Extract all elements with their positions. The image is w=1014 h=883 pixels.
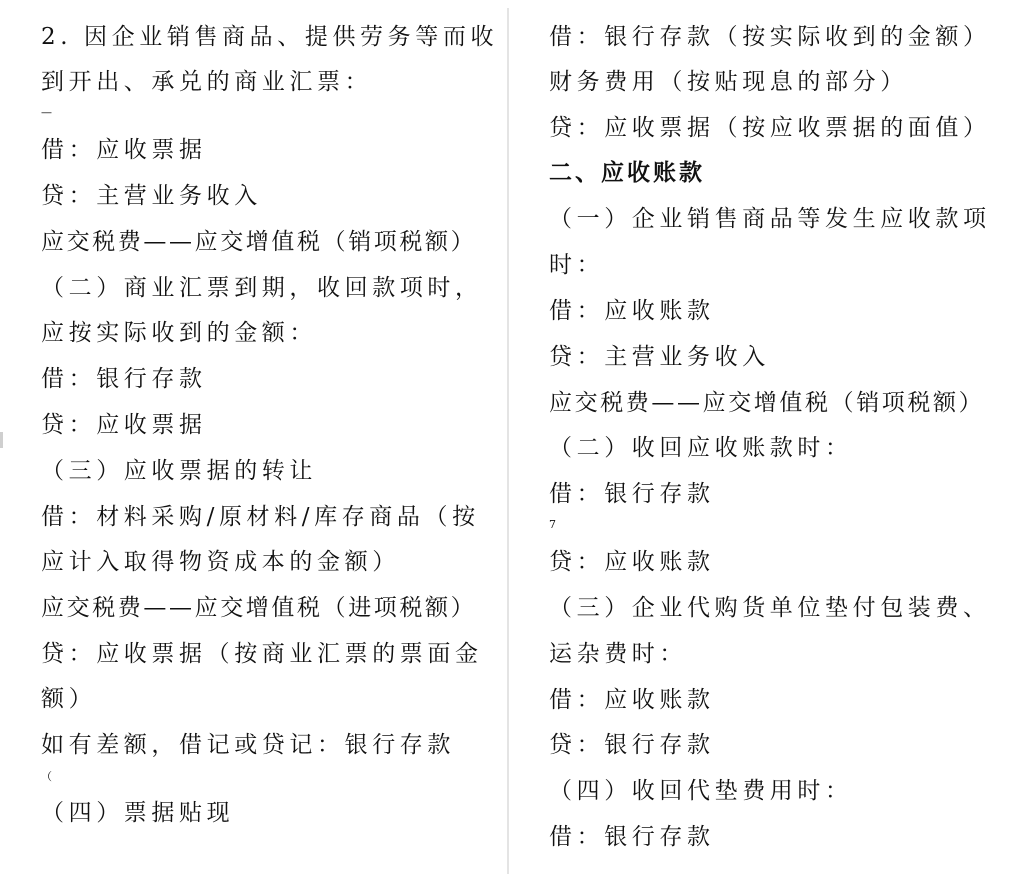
column-divider bbox=[507, 8, 509, 874]
text-line: 额） bbox=[41, 684, 96, 714]
debit-line: 借：银行存款（按实际收到的金额） bbox=[549, 22, 991, 52]
subsection-heading: （三）应收票据的转让 bbox=[41, 456, 317, 486]
debit-line: 借：应收账款 bbox=[549, 685, 715, 715]
text-line: 财务费用（按贴现息的部分） bbox=[549, 67, 908, 97]
text-line: 应交税费——应交增值税（进项税额） bbox=[41, 593, 476, 623]
debit-line: 借：银行存款 bbox=[41, 364, 207, 394]
subsection-heading: （二）商业汇票到期，收回款项时， bbox=[41, 273, 483, 303]
text-line: 如有差额，借记或贷记：银行存款 bbox=[41, 730, 455, 760]
credit-line: 贷：主营业务收入 bbox=[41, 181, 262, 211]
section-heading-accounts-receivable: 二、应收账款 bbox=[549, 158, 705, 188]
credit-line: 贷：应收账款 bbox=[549, 547, 715, 577]
text-line: 应计入取得物资成本的金额） bbox=[41, 547, 400, 577]
stray-mark: — bbox=[41, 106, 52, 120]
text-line: 应按实际收到的金额： bbox=[41, 318, 317, 348]
credit-line: 贷：主营业务收入 bbox=[549, 342, 770, 372]
credit-line: 贷：应收票据（按应收票据的面值） bbox=[549, 113, 991, 143]
stray-mark: 7 bbox=[549, 518, 556, 532]
debit-line: 借：银行存款 bbox=[549, 822, 715, 852]
subsection-heading: （三）企业代购货单位垫付包装费、 bbox=[549, 593, 991, 623]
subsection-heading: （一）企业销售商品等发生应收款项 bbox=[549, 204, 991, 234]
page-edge-mark bbox=[0, 432, 3, 448]
text-line: 运杂费时： bbox=[549, 639, 687, 669]
subsection-heading: （二）收回应收账款时： bbox=[549, 433, 853, 463]
debit-line: 借：应收票据 bbox=[41, 135, 207, 165]
subsection-heading: （四）票据贴现 bbox=[41, 798, 234, 828]
credit-line: 贷：应收票据（按商业汇票的票面金 bbox=[41, 639, 483, 669]
debit-line: 借：银行存款 bbox=[549, 479, 715, 509]
text-line: 应交税费——应交增值税（销项税额） bbox=[549, 388, 984, 418]
subsection-heading: （四）收回代垫费用时： bbox=[549, 776, 853, 806]
text-line: 时： bbox=[549, 250, 604, 280]
stray-mark: （ bbox=[41, 770, 52, 784]
text-line: 应交税费——应交增值税（销项税额） bbox=[41, 227, 476, 257]
credit-line: 贷：银行存款 bbox=[549, 730, 715, 760]
debit-line: 借：材料采购/原材料/库存商品（按 bbox=[41, 502, 480, 532]
section-title-notes-receivable: 2. 因企业销售商品、提供劳务等而收 bbox=[41, 22, 498, 52]
credit-line: 贷：应收票据 bbox=[41, 410, 207, 440]
text-line: 到开出、承兑的商业汇票： bbox=[41, 67, 372, 97]
debit-line: 借：应收账款 bbox=[549, 296, 715, 326]
